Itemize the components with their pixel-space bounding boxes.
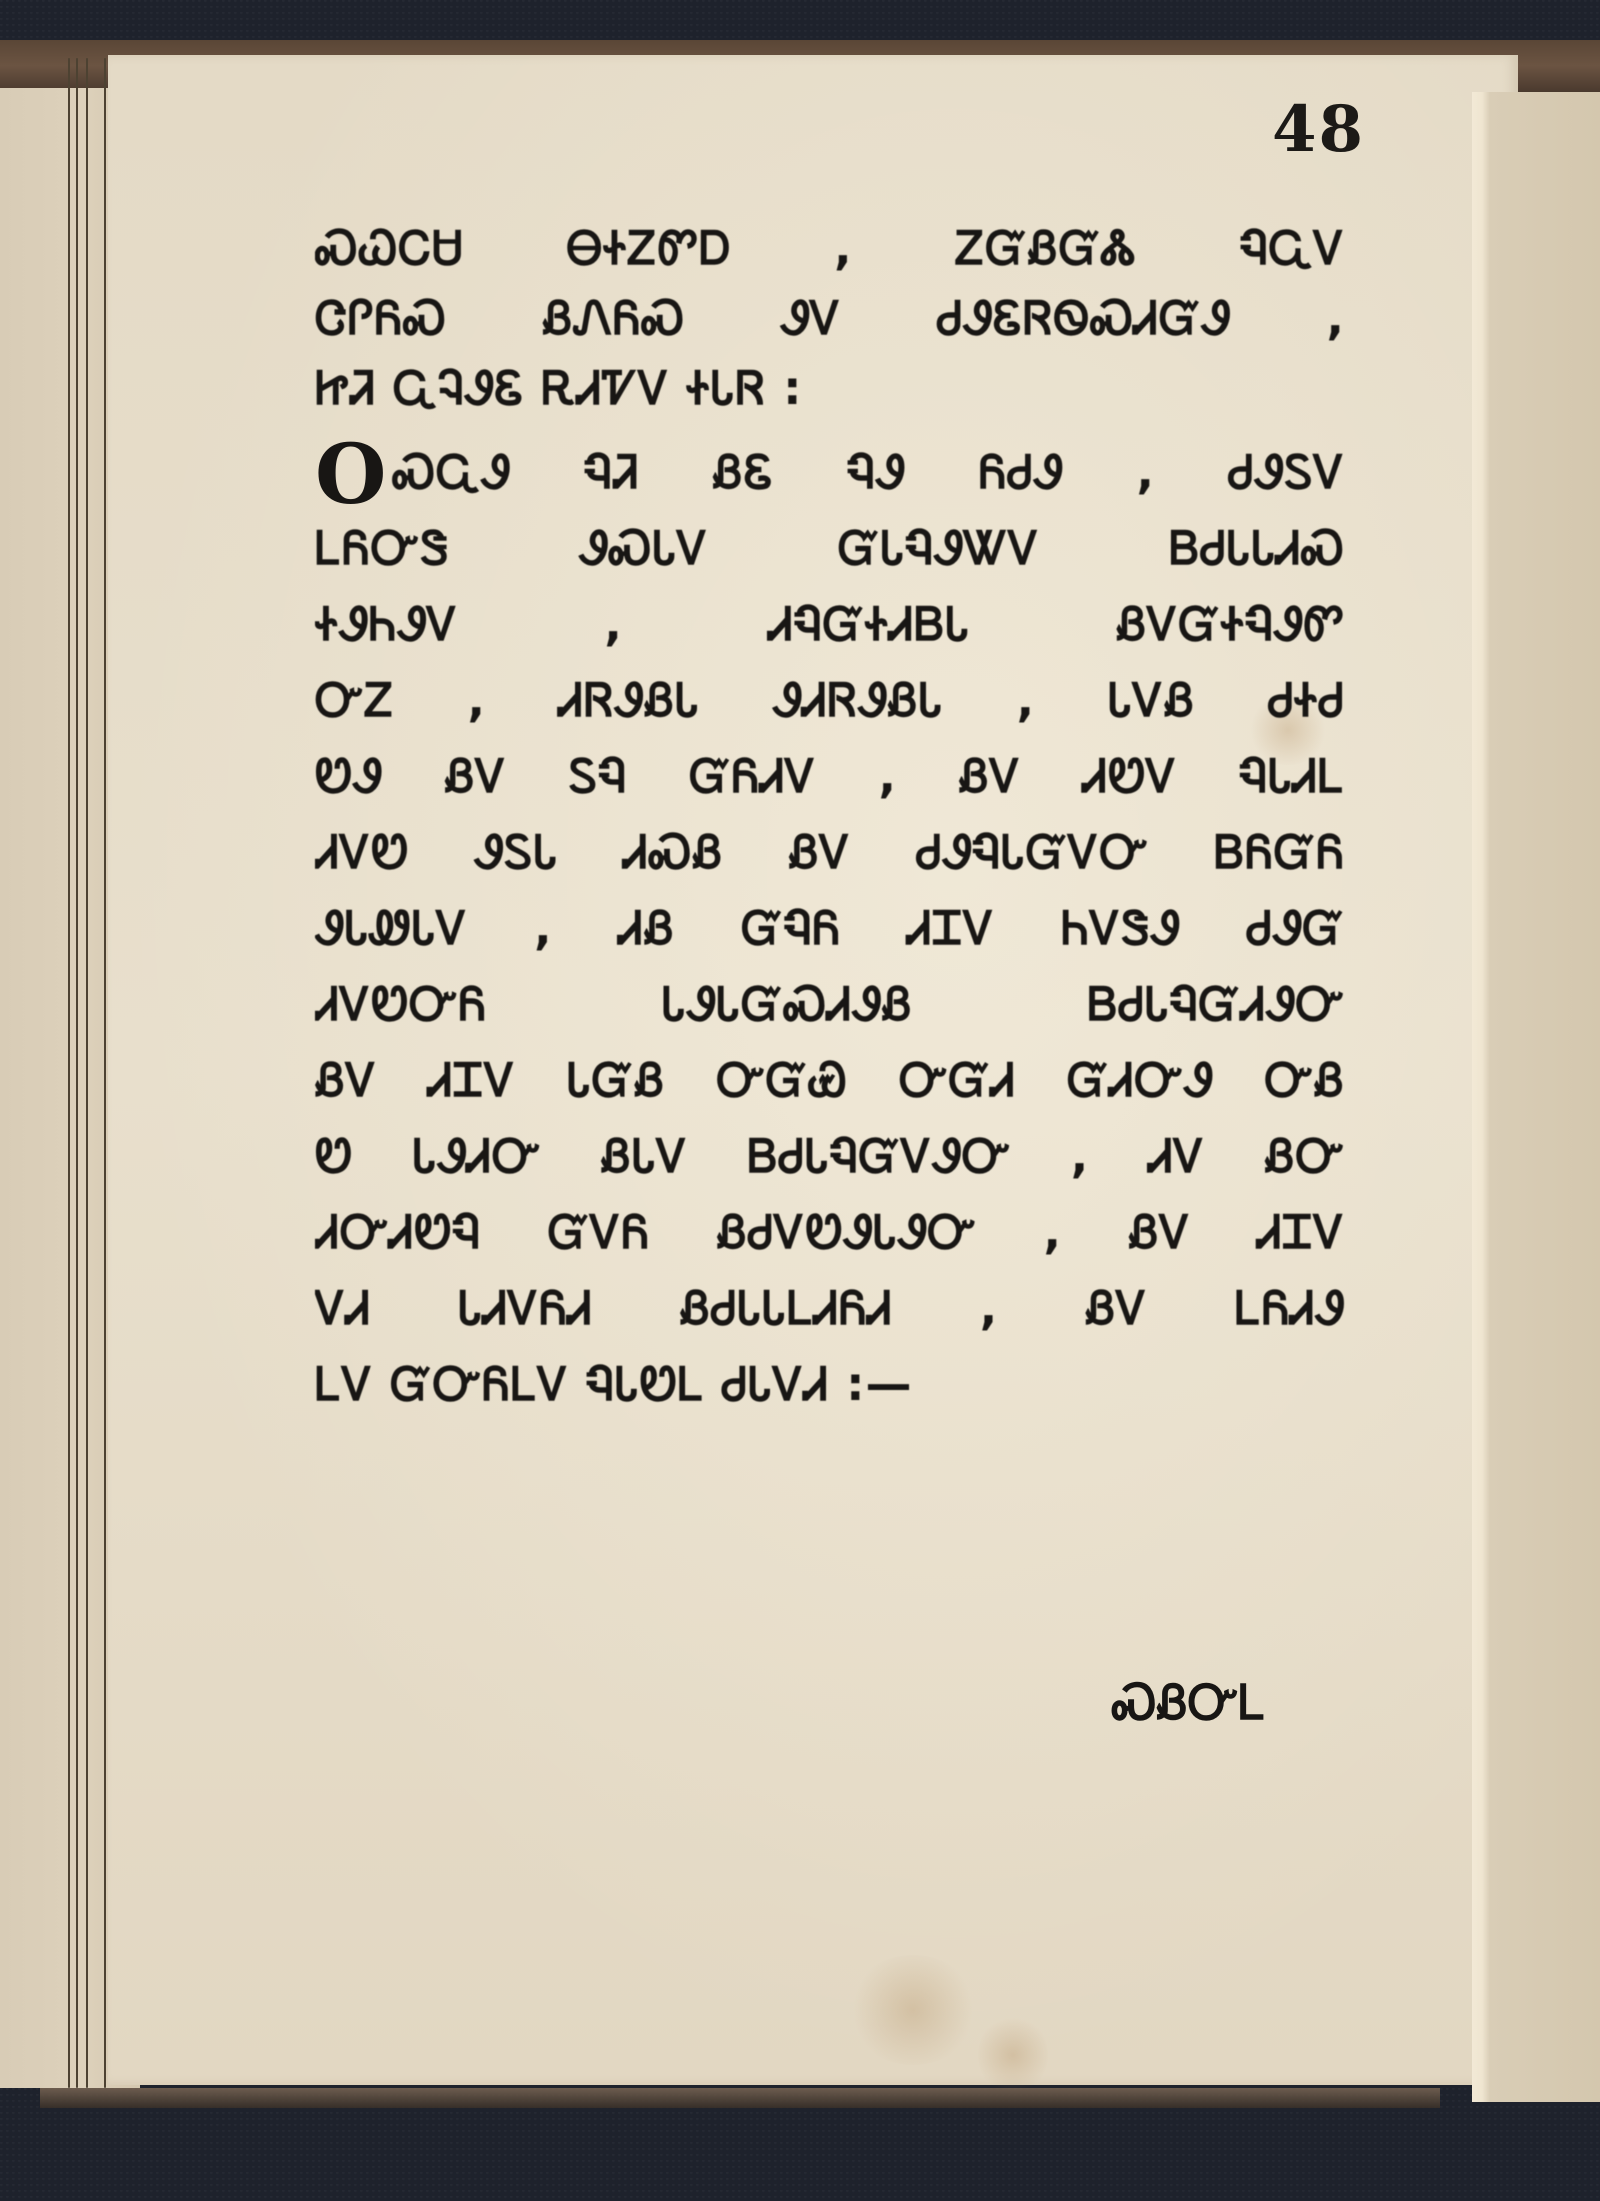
body-line: ᏬᏭ ᏰᏙ ᏚᏄ ᏳᏲᏗᏙ , ᏰᏙ ᏗᏬᏙ ᏄᏓᏗᏞ — [315, 753, 1345, 799]
leaf-edge-line — [86, 58, 88, 2088]
heading: ᏍᏇᏟᏌ ᎾᏐᏃᏛᎠ , ᏃᏳᏰᏳᏜ ᏄᏩᏙ ᏣᎵᏲᏍ ᏰᏁᏲᏍ ᏭᏙ ᏧᏭᏋᏒ… — [315, 225, 1345, 411]
body-text: O ᏍᏩᏭ ᏄᏘ ᏰᏋ ᏄᏭ ᏲᏧᏭ , ᏧᏭᏚᏙ ᏞᏲᏅᏕ ᏭᏍᏓᏙ ᏳᏓᏄᏭ… — [315, 449, 1345, 1407]
leaf-edge-line — [76, 58, 78, 2088]
text-block: ᏍᏇᏟᏌ ᎾᏐᏃᏛᎠ , ᏃᏳᏰᏳᏜ ᏄᏩᏙ ᏣᎵᏲᏍ ᏰᏁᏲᏍ ᏭᏙ ᏧᏭᏋᏒ… — [315, 225, 1345, 1437]
foxing-stain — [848, 1955, 978, 2065]
initial-letter: O — [315, 439, 386, 513]
body-line: ᏭᏓᏪᏓᏙ , ᏗᏰ ᏳᏄᏲ ᏗᏆᏙ ᏂᏙᏕᏭ ᏧᏭᏳ — [315, 905, 1345, 951]
catchword: ᏍᏰᏅᏞ — [1112, 1675, 1266, 1732]
body-line: ᏍᏩᏭ ᏄᏘ ᏰᏋ ᏄᏭ ᏲᏧᏭ , ᏧᏭᏚᏙ — [392, 449, 1345, 495]
body-line: ᏐᏭᏂᏭᏙ , ᏗᏄᏳᏐᏗᏴᏓ ᏰᏙᏳᏐᏄᏭᏛ — [315, 601, 1345, 647]
binding-cloth-bottom — [40, 2088, 1440, 2108]
leaf-edge-line — [68, 58, 70, 2088]
heading-line: ᏍᏇᏟᏌ ᎾᏐᏃᏛᎠ , ᏃᏳᏰᏳᏜ ᏄᏩᏙ — [315, 225, 1345, 271]
body-line: ᏙᏗ ᏓᏗᏙᏲᏗ ᏰᏧᏓᏓᏞᏗᏲᏗ , ᏰᏙ ᏞᏲᏗᏭ — [315, 1285, 1345, 1331]
heading-line: ᏣᎵᏲᏍ ᏰᏁᏲᏍ ᏭᏙ ᏧᏭᏋᏒᏫᏍᏗᏳᏭ , — [315, 295, 1345, 341]
body-line: ᏰᏙ ᏗᏆᏙ ᏓᏳᏰ ᏅᏳᏯ ᏅᏳᏗ ᏳᏗᏅᏭ ᏅᏰ — [315, 1057, 1345, 1103]
body-line: ᏗᏙᏬ ᏭᏚᏓ ᏗᏍᏰ ᏰᏙ ᏧᏭᏄᏓᏳᏙᏅ ᏴᏲᏳᏲ — [315, 829, 1345, 875]
body-line: ᏅᏃ , ᏗᏒᏭᏰᏓ ᏭᏗᏒᏭᏰᏓ , ᏓᏙᏰ ᏧᏐᏧ — [315, 677, 1345, 723]
body-line: ᏞᏙ ᏳᏅᏲᏞᏙ ᏄᏓᏬᏞ ᏧᏓᏙᏗ :— — [315, 1361, 1345, 1407]
body-line: Ꮼ ᏓᏭᏗᏅ ᏰᏓᏙ ᏴᏧᏓᏄᏳᏙᏭᏅ , ᏗᏙ ᏰᏅ — [315, 1133, 1345, 1179]
body-line: ᏞᏲᏅᏕ ᏭᏍᏓᏙ ᏳᏓᏄᏭᏔᏙ ᏴᏧᏓᏓᏗᏍ — [315, 525, 1345, 571]
foxing-stain — [978, 2015, 1048, 2095]
heading-line: ᏥᏘ ᏩᎸᏭᏋ ᎡᏗᏤᏙ ᏐᏓᏒ : — [315, 365, 1345, 411]
first-body-line: O ᏍᏩᏭ ᏄᏘ ᏰᏋ ᏄᏭ ᏲᏧᏭ , ᏧᏭᏚᏙ — [315, 449, 1345, 495]
body-line: ᏗᏙᏬᏅᏲ ᏓᏭᏓᏳᏍᏗᏭᏰ ᏴᏧᏓᏄᏳᏗᏭᏅ — [315, 981, 1345, 1027]
body-line: ᏗᏅᏗᏬᏄ ᏳᏙᏲ ᏰᏧᏙᏬᏭᏓᏭᏅ , ᏰᏙ ᏗᏆᏙ — [315, 1209, 1345, 1255]
leaf-edge-line — [104, 58, 106, 2088]
stacked-leaf-edges — [60, 58, 170, 2088]
page-number: 48 — [1272, 92, 1365, 167]
next-page-edge — [1472, 92, 1600, 2102]
